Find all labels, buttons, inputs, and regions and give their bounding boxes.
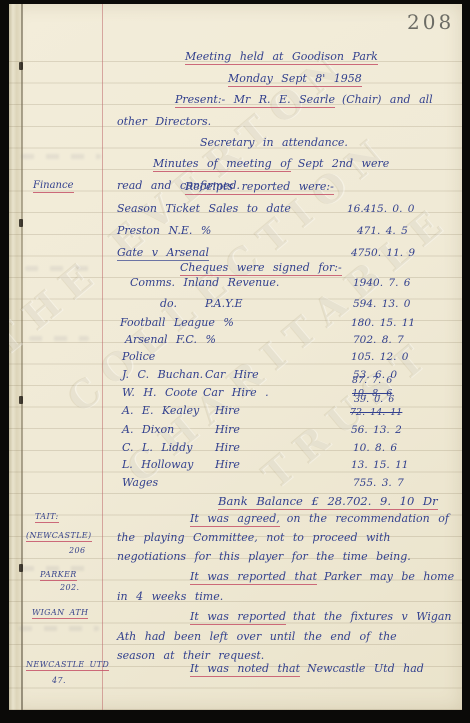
cheque-label: Football League % (120, 316, 234, 329)
minute-body-line: in 4 weeks time. (117, 590, 223, 603)
cheque-amount-corrected: 39. 0. 6 (354, 394, 394, 405)
cheque-detail: Hire (215, 404, 240, 417)
cheque-amount: 594. 13. 0 (353, 298, 410, 310)
cheque-detail: Car Hire . (203, 386, 269, 399)
show-through-smudge (21, 154, 101, 159)
receipt-amount: 4750. 11. 9 (351, 247, 415, 259)
minute-body-line: season at their request. (117, 649, 264, 662)
minutes-confirmed-line: Minutes of meeting ofSept 2nd were (153, 157, 389, 170)
secretary-line: Secretary in attendance. (200, 136, 348, 149)
cheques-heading: Cheques were signed for:- (180, 261, 342, 274)
cheque-amount-struck: 72. 14. 11 (350, 407, 402, 418)
cheque-amount: 105. 12. 0 (351, 351, 408, 363)
present-continued-line: other Directors. (117, 115, 211, 128)
receipt-label: Season Ticket Sales to date (117, 202, 291, 215)
cheque-amount-corrected: 87. 7. 6 (352, 375, 392, 386)
minute-body-line: negotiations for this player for the tim… (117, 550, 411, 563)
minutes-underlined: Minutes of meeting of (153, 157, 291, 172)
cheque-label: W. H. Coote (122, 386, 198, 399)
margin-label-finance: Finance (33, 180, 74, 191)
margin-number-newcastle: 47. (52, 676, 66, 685)
show-through-smudge (25, 266, 95, 271)
present-line: Present:- Mr R. E. Searle(Chair) and all (175, 93, 433, 106)
minute-page: THE EVERTON COLLECTION CHARITABLE TRUST … (9, 4, 462, 710)
receipt-amount: 471. 4. 5 (357, 225, 408, 237)
margin-label-tait-club: (NEWCASTLE) (26, 531, 92, 540)
cheque-amount: 702. 8. 7 (353, 334, 404, 346)
cheque-label: Arsenal F.C. % (125, 333, 216, 346)
cheque-detail: Hire (215, 458, 240, 471)
present-underlined: Present:- Mr R. E. Searle (175, 93, 335, 108)
binding-mark (19, 396, 23, 404)
cheque-amount: 10. 8. 6 (353, 442, 397, 454)
margin-label-tait: TAIT: (35, 512, 59, 521)
heading-meeting-place: Meeting held at Goodison Park (185, 50, 378, 63)
cheque-label: do. (160, 297, 177, 310)
scanned-minute-book-page: THE EVERTON COLLECTION CHARITABLE TRUST … (0, 0, 470, 723)
margin-number-tait: 206 (69, 546, 85, 555)
page-number: 208 (407, 10, 454, 34)
minute-body-line: the playing Committee, not to proceed wi… (117, 531, 391, 544)
present-rest: (Chair) and all (342, 93, 433, 106)
red-margin-line (102, 4, 103, 710)
binding-mark (19, 219, 23, 227)
minutes-rest: Sept 2nd were (298, 157, 389, 170)
cheque-label: Police (122, 350, 155, 363)
cheque-label: Comms. Inland Revenue. (130, 276, 279, 289)
cheque-label: Wages (122, 476, 158, 489)
heading-meeting-date-text: Monday Sept 8' 1958 (228, 72, 362, 87)
cheque-detail: Car Hire (205, 368, 259, 381)
minute-body-line: It was reported thatParker may be home (190, 570, 454, 583)
cheque-label: L. Holloway (122, 458, 193, 471)
bank-balance-line: Bank Balance £ 28.702. 9. 10 Dr (218, 494, 438, 508)
heading-meeting-date: Monday Sept 8' 1958 (228, 72, 362, 85)
cheque-amount: 56. 13. 2 (351, 424, 402, 436)
cheque-label: A. Dixon (122, 423, 174, 436)
minute-body-line: It was noted thatNewcastle Utd had (190, 662, 424, 675)
minute-body-line: It was reportedthat the fixtures v Wigan (190, 610, 452, 623)
binding-mark (19, 62, 23, 70)
show-through-smudge (29, 336, 89, 341)
cheque-amount: 1940. 7. 6 (353, 277, 410, 289)
cheque-amount: 180. 15. 11 (351, 317, 415, 329)
receipts-heading: Receipts reported were:- (185, 180, 334, 193)
cheque-label: C. L. Liddy (122, 441, 192, 454)
show-through-smudge (19, 626, 99, 631)
margin-number-parker: 202. (60, 583, 79, 592)
heading-meeting-place-text: Meeting held at Goodison Park (185, 50, 378, 65)
margin-label-wigan: WIGAN ATH (32, 608, 88, 617)
margin-label-newcastle: NEWCASTLE UTD (26, 660, 109, 669)
cheque-amount: 755. 3. 7 (353, 477, 404, 489)
cheque-detail: P.A.Y.E (205, 297, 242, 310)
receipt-label: Gate v Arsenal (117, 246, 209, 259)
cheque-detail: Hire (215, 441, 240, 454)
cheque-label: J. C. Buchan. (122, 368, 203, 381)
minute-body-line: It was agreed,on the recommendation of (190, 512, 449, 525)
receipt-amount: 16.415. 0. 0 (347, 203, 414, 215)
binding-crease (21, 4, 23, 710)
cheque-label: A. E. Kealey (122, 404, 199, 417)
cheque-amount: 13. 15. 11 (351, 459, 408, 471)
cheque-detail: Hire (215, 423, 240, 436)
margin-label-parker: PARKER (40, 570, 77, 579)
receipt-label: Preston N.E. % (117, 224, 211, 237)
minute-body-line: Ath had been left over until the end of … (117, 630, 397, 643)
